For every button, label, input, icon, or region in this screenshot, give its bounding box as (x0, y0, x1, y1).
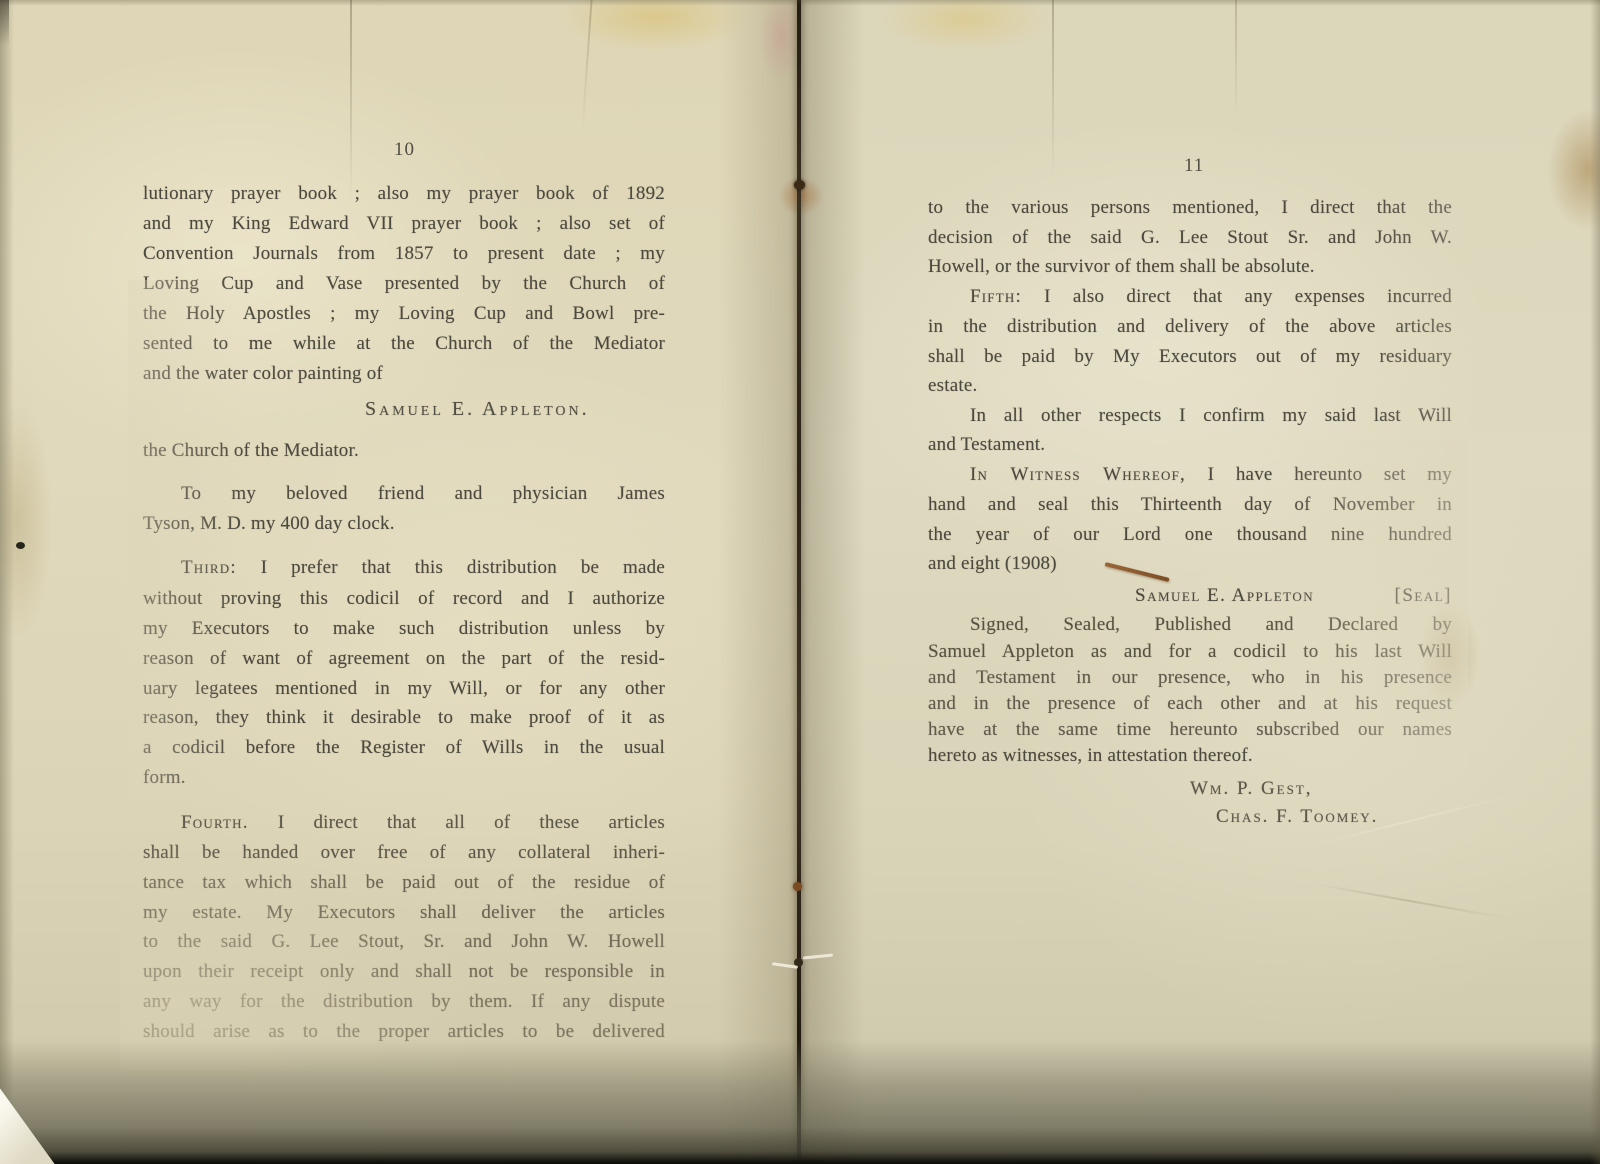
seal-label: [Seal] (1395, 585, 1453, 612)
text-line: my Executors to make such distribution u… (143, 618, 665, 645)
text-line: any way for the distribution by them. If… (143, 991, 665, 1018)
text-line: in the distribution and delivery of the … (928, 316, 1452, 343)
text-line: a codicil before the Register of Wills i… (143, 737, 665, 764)
text-line: In Witness Whereof, I have hereunto set … (970, 464, 1452, 491)
text-line: the Holy Apostles ; my Loving Cup and Bo… (143, 303, 665, 330)
text-line: decision of the said G. Lee Stout Sr. an… (928, 227, 1452, 254)
text-line: uary legatees mentioned in my Will, or f… (143, 678, 665, 705)
text-line: and the water color painting of (143, 363, 665, 390)
text-line: Loving Cup and Vase presented by the Chu… (143, 273, 665, 300)
text-line: tance tax which shall be paid out of the… (143, 872, 665, 899)
text-line: and Testament. (928, 434, 1452, 461)
scanned-book-spread: 10 11 lutionary prayer book ; also my pr… (0, 0, 1600, 1164)
text-line: and eight (1908) (928, 553, 1452, 580)
stitch-knot (794, 180, 805, 190)
text-line: upon their receipt only and shall not be… (143, 961, 665, 988)
stitch-knot (793, 882, 802, 891)
signature-seal-line: Samuel E. Appleton[Seal] (1135, 585, 1452, 612)
text-line: Samuel Appleton as and for a codicil to … (928, 641, 1452, 668)
text-line: and in the presence of each other and at… (928, 693, 1452, 720)
text-line: hereto as witnesses, in attestation ther… (928, 745, 1452, 772)
text-line: to the said G. Lee Stout, Sr. and John W… (143, 931, 665, 958)
text-line: have at the same time hereunto subscribe… (928, 719, 1452, 746)
text-line: to the various persons mentioned, I dire… (928, 197, 1452, 224)
text-line: shall be handed over free of any collate… (143, 842, 665, 869)
text-line: the year of our Lord one thousand nine h… (928, 524, 1452, 551)
book-spine (797, 0, 801, 1164)
right-page-text: to the various persons mentioned, I dire… (928, 0, 1452, 1100)
text-line: Howell, or the survivor of them shall be… (928, 256, 1452, 283)
text-line: shall be paid by My Executors out of my … (928, 346, 1452, 373)
ink-speck (16, 542, 25, 549)
text-line: Third: I prefer that this distribution b… (181, 557, 665, 584)
text-line: To my beloved friend and physician James (181, 483, 665, 510)
testator-name-line: Samuel E. Appleton. (365, 398, 665, 425)
left-page-text: lutionary prayer book ; also my prayer b… (143, 0, 665, 1100)
text-line: Convention Journals from 1857 to present… (143, 243, 665, 270)
text-line: form. (143, 767, 665, 794)
text-line: In all other respects I confirm my said … (970, 405, 1452, 432)
text-line: reason, they think it desirable to make … (143, 707, 665, 734)
witness-signature: Wm. P. Gest, (1190, 778, 1450, 805)
text-line: hand and seal this Thirteenth day of Nov… (928, 494, 1452, 521)
text-line: reason of want of agreement on the part … (143, 648, 665, 675)
text-line: estate. (928, 375, 1452, 402)
text-line: lutionary prayer book ; also my prayer b… (143, 183, 665, 210)
text-line: Fifth: I also direct that any expenses i… (970, 286, 1452, 313)
text-line: Tyson, M. D. my 400 day clock. (143, 513, 665, 540)
text-line: the Church of the Mediator. (143, 440, 665, 467)
text-line: my estate. My Executors shall deliver th… (143, 902, 665, 929)
text-line: should arise as to the proper articles t… (143, 1021, 665, 1048)
text-line: sented to me while at the Church of the … (143, 333, 665, 360)
text-line: without proving this codicil of record a… (143, 588, 665, 615)
text-line: Signed, Sealed, Published and Declared b… (970, 614, 1452, 641)
witness-signature: Chas. F. Toomey. (1216, 806, 1476, 833)
text-line: Fourth. I direct that all of these artic… (181, 812, 665, 839)
text-line: and my King Edward VII prayer book ; als… (143, 213, 665, 240)
text-line: and Testament in our presence, who in hi… (928, 667, 1452, 694)
